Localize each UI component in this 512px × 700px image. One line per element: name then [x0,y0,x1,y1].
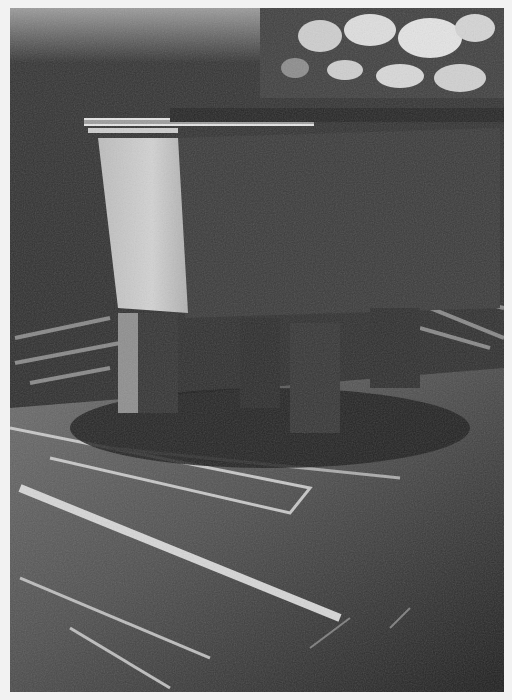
photo-scene [10,8,504,692]
photograph [10,8,504,692]
